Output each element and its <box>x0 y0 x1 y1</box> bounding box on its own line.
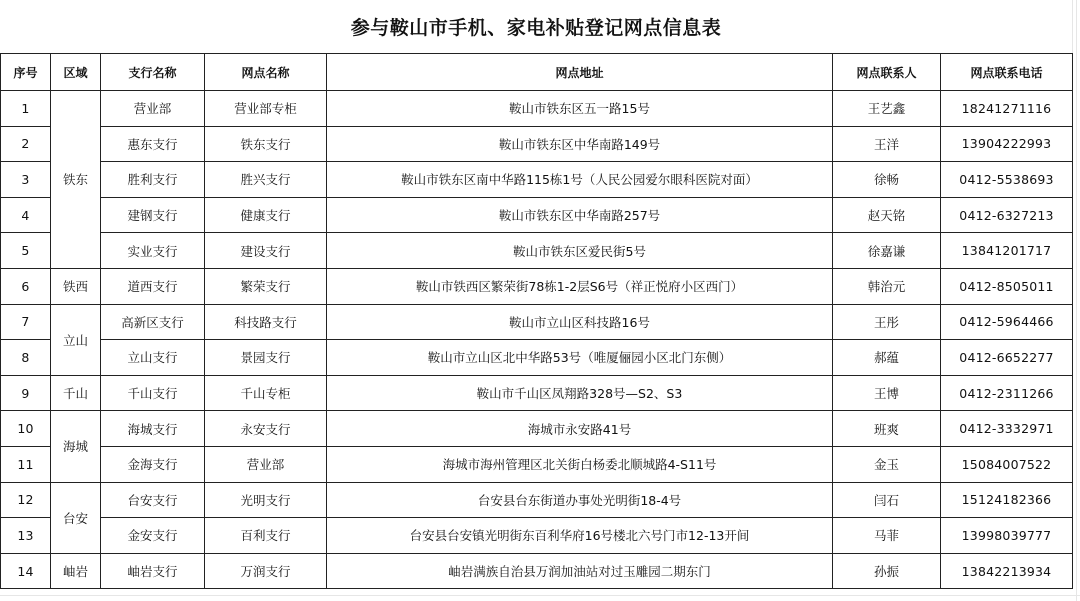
cell-address[interactable]: 鞍山市立山区科技路16号 <box>327 304 833 340</box>
cell-phone[interactable]: 13998039777 <box>941 518 1073 554</box>
cell-outlet[interactable]: 科技路支行 <box>205 304 327 340</box>
cell-address[interactable]: 鞍山市铁西区繁荣街78栋1-2层S6号（祥正悦府小区西门） <box>327 268 833 304</box>
cell-address[interactable]: 鞍山市铁东区中华南路149号 <box>327 126 833 162</box>
cell-contact[interactable]: 金玉 <box>833 446 941 482</box>
cell-contact[interactable]: 郝蕴 <box>833 340 941 376</box>
cell-address[interactable]: 鞍山市立山区北中华路53号（唯厦俪园小区北门东侧） <box>327 340 833 376</box>
cell-branch[interactable]: 道西支行 <box>101 268 205 304</box>
table-row: 5 实业支行 建设支行 鞍山市铁东区爱民街5号 徐嘉谦 13841201717 <box>1 233 1073 269</box>
grid-line <box>0 595 1080 596</box>
cell-region[interactable]: 铁西 <box>51 268 101 304</box>
cell-index[interactable]: 11 <box>1 446 51 482</box>
cell-address[interactable]: 鞍山市铁东区南中华路115栋1号（人民公园爱尔眼科医院对面） <box>327 162 833 198</box>
header-contact[interactable]: 网点联系人 <box>833 54 941 91</box>
cell-contact[interactable]: 马菲 <box>833 518 941 554</box>
cell-phone[interactable]: 0412-5538693 <box>941 162 1073 198</box>
cell-address[interactable]: 台安县台东街道办事处光明街18-4号 <box>327 482 833 518</box>
cell-index[interactable]: 5 <box>1 233 51 269</box>
cell-branch[interactable]: 胜利支行 <box>101 162 205 198</box>
header-outlet-address[interactable]: 网点地址 <box>327 54 833 91</box>
cell-index[interactable]: 10 <box>1 411 51 447</box>
cell-outlet[interactable]: 营业部 <box>205 446 327 482</box>
cell-branch[interactable]: 岫岩支行 <box>101 553 205 589</box>
cell-branch[interactable]: 惠东支行 <box>101 126 205 162</box>
cell-region[interactable]: 台安 <box>51 482 101 553</box>
cell-address[interactable]: 台安县台安镇光明街东百利华府16号楼北六号门市12-13开间 <box>327 518 833 554</box>
cell-region[interactable]: 海城 <box>51 411 101 482</box>
cell-address[interactable]: 岫岩满族自治县万润加油站对过玉雕园二期东门 <box>327 553 833 589</box>
cell-region[interactable]: 千山 <box>51 375 101 411</box>
cell-contact[interactable]: 班爽 <box>833 411 941 447</box>
cell-outlet[interactable]: 繁荣支行 <box>205 268 327 304</box>
table-row: 1 铁东 营业部 营业部专柜 鞍山市铁东区五一路15号 王艺鑫 18241271… <box>1 91 1073 127</box>
header-outlet-name[interactable]: 网点名称 <box>205 54 327 91</box>
cell-contact[interactable]: 闫石 <box>833 482 941 518</box>
cell-phone[interactable]: 13842213934 <box>941 553 1073 589</box>
cell-phone[interactable]: 0412-8505011 <box>941 268 1073 304</box>
spreadsheet-sheet: 参与鞍山市手机、家电补贴登记网点信息表 序号 区域 支行名称 网点名称 网点地址… <box>0 0 1080 601</box>
cell-outlet[interactable]: 铁东支行 <box>205 126 327 162</box>
cell-address[interactable]: 鞍山市铁东区中华南路257号 <box>327 197 833 233</box>
cell-branch[interactable]: 建钢支行 <box>101 197 205 233</box>
header-branch-name[interactable]: 支行名称 <box>101 54 205 91</box>
cell-index[interactable]: 7 <box>1 304 51 340</box>
cell-outlet[interactable]: 百利支行 <box>205 518 327 554</box>
cell-index[interactable]: 12 <box>1 482 51 518</box>
cell-contact[interactable]: 韩治元 <box>833 268 941 304</box>
cell-phone[interactable]: 0412-5964466 <box>941 304 1073 340</box>
cell-region[interactable]: 立山 <box>51 304 101 375</box>
cell-address[interactable]: 海城市海州管理区北关街白杨委北顺城路4-S11号 <box>327 446 833 482</box>
cell-branch[interactable]: 营业部 <box>101 91 205 127</box>
outlet-table: 序号 区域 支行名称 网点名称 网点地址 网点联系人 网点联系电话 1 铁东 营… <box>0 53 1073 589</box>
cell-index[interactable]: 6 <box>1 268 51 304</box>
table-row: 4 建钢支行 健康支行 鞍山市铁东区中华南路257号 赵天铭 0412-6327… <box>1 197 1073 233</box>
cell-outlet[interactable]: 景园支行 <box>205 340 327 376</box>
header-phone[interactable]: 网点联系电话 <box>941 54 1073 91</box>
header-index[interactable]: 序号 <box>1 54 51 91</box>
cell-contact[interactable]: 王洋 <box>833 126 941 162</box>
table-row: 8 立山支行 景园支行 鞍山市立山区北中华路53号（唯厦俪园小区北门东侧） 郝蕴… <box>1 340 1073 376</box>
cell-contact[interactable]: 孙振 <box>833 553 941 589</box>
cell-phone[interactable]: 0412-6652277 <box>941 340 1073 376</box>
cell-branch[interactable]: 金海支行 <box>101 446 205 482</box>
header-row: 序号 区域 支行名称 网点名称 网点地址 网点联系人 网点联系电话 <box>1 54 1073 91</box>
cell-phone[interactable]: 15124182366 <box>941 482 1073 518</box>
cell-phone[interactable]: 0412-2311266 <box>941 375 1073 411</box>
table-row: 13 金安支行 百利支行 台安县台安镇光明街东百利华府16号楼北六号门市12-1… <box>1 518 1073 554</box>
table-row: 6 铁西 道西支行 繁荣支行 鞍山市铁西区繁荣街78栋1-2层S6号（祥正悦府小… <box>1 268 1073 304</box>
cell-contact[interactable]: 王彤 <box>833 304 941 340</box>
cell-index[interactable]: 3 <box>1 162 51 198</box>
cell-phone[interactable]: 0412-6327213 <box>941 197 1073 233</box>
cell-index[interactable]: 9 <box>1 375 51 411</box>
cell-contact[interactable]: 王博 <box>833 375 941 411</box>
cell-index[interactable]: 13 <box>1 518 51 554</box>
cell-region[interactable]: 岫岩 <box>51 553 101 589</box>
table-row: 7 立山 高新区支行 科技路支行 鞍山市立山区科技路16号 王彤 0412-59… <box>1 304 1073 340</box>
grid-line <box>1076 0 1077 601</box>
cell-index[interactable]: 2 <box>1 126 51 162</box>
cell-branch[interactable]: 实业支行 <box>101 233 205 269</box>
cell-outlet[interactable]: 营业部专柜 <box>205 91 327 127</box>
cell-outlet[interactable]: 光明支行 <box>205 482 327 518</box>
table-row: 3 胜利支行 胜兴支行 鞍山市铁东区南中华路115栋1号（人民公园爱尔眼科医院对… <box>1 162 1073 198</box>
cell-branch[interactable]: 高新区支行 <box>101 304 205 340</box>
table-row: 10 海城 海城支行 永安支行 海城市永安路41号 班爽 0412-333297… <box>1 411 1073 447</box>
cell-branch[interactable]: 立山支行 <box>101 340 205 376</box>
cell-outlet[interactable]: 健康支行 <box>205 197 327 233</box>
header-region[interactable]: 区域 <box>51 54 101 91</box>
cell-branch[interactable]: 台安支行 <box>101 482 205 518</box>
cell-outlet[interactable]: 永安支行 <box>205 411 327 447</box>
cell-phone[interactable]: 0412-3332971 <box>941 411 1073 447</box>
page-title: 参与鞍山市手机、家电补贴登记网点信息表 <box>351 13 722 40</box>
cell-address[interactable]: 海城市永安路41号 <box>327 411 833 447</box>
cell-address[interactable]: 鞍山市千山区凤翔路328号—S2、S3 <box>327 375 833 411</box>
cell-outlet[interactable]: 胜兴支行 <box>205 162 327 198</box>
cell-outlet[interactable]: 建设支行 <box>205 233 327 269</box>
cell-address[interactable]: 鞍山市铁东区五一路15号 <box>327 91 833 127</box>
table-body: 1 铁东 营业部 营业部专柜 鞍山市铁东区五一路15号 王艺鑫 18241271… <box>1 91 1073 589</box>
table-row: 11 金海支行 营业部 海城市海州管理区北关街白杨委北顺城路4-S11号 金玉 … <box>1 446 1073 482</box>
cell-contact[interactable]: 徐畅 <box>833 162 941 198</box>
cell-index[interactable]: 4 <box>1 197 51 233</box>
cell-region[interactable]: 铁东 <box>51 91 101 269</box>
table-row: 9 千山 千山支行 千山专柜 鞍山市千山区凤翔路328号—S2、S3 王博 04… <box>1 375 1073 411</box>
cell-branch[interactable]: 海城支行 <box>101 411 205 447</box>
cell-phone[interactable]: 13841201717 <box>941 233 1073 269</box>
table-row: 14 岫岩 岫岩支行 万润支行 岫岩满族自治县万润加油站对过玉雕园二期东门 孙振… <box>1 553 1073 589</box>
cell-index[interactable]: 14 <box>1 553 51 589</box>
cell-index[interactable]: 1 <box>1 91 51 127</box>
cell-index[interactable]: 8 <box>1 340 51 376</box>
cell-branch[interactable]: 金安支行 <box>101 518 205 554</box>
table-row: 12 台安 台安支行 光明支行 台安县台东街道办事处光明街18-4号 闫石 15… <box>1 482 1073 518</box>
cell-branch[interactable]: 千山支行 <box>101 375 205 411</box>
cell-contact[interactable]: 王艺鑫 <box>833 91 941 127</box>
cell-outlet[interactable]: 万润支行 <box>205 553 327 589</box>
table-row: 2 惠东支行 铁东支行 鞍山市铁东区中华南路149号 王洋 1390422299… <box>1 126 1073 162</box>
cell-phone[interactable]: 15084007522 <box>941 446 1073 482</box>
title-cell[interactable]: 参与鞍山市手机、家电补贴登记网点信息表 <box>0 0 1073 53</box>
cell-phone[interactable]: 18241271116 <box>941 91 1073 127</box>
cell-outlet[interactable]: 千山专柜 <box>205 375 327 411</box>
cell-address[interactable]: 鞍山市铁东区爱民街5号 <box>327 233 833 269</box>
cell-contact[interactable]: 徐嘉谦 <box>833 233 941 269</box>
cell-contact[interactable]: 赵天铭 <box>833 197 941 233</box>
cell-phone[interactable]: 13904222993 <box>941 126 1073 162</box>
